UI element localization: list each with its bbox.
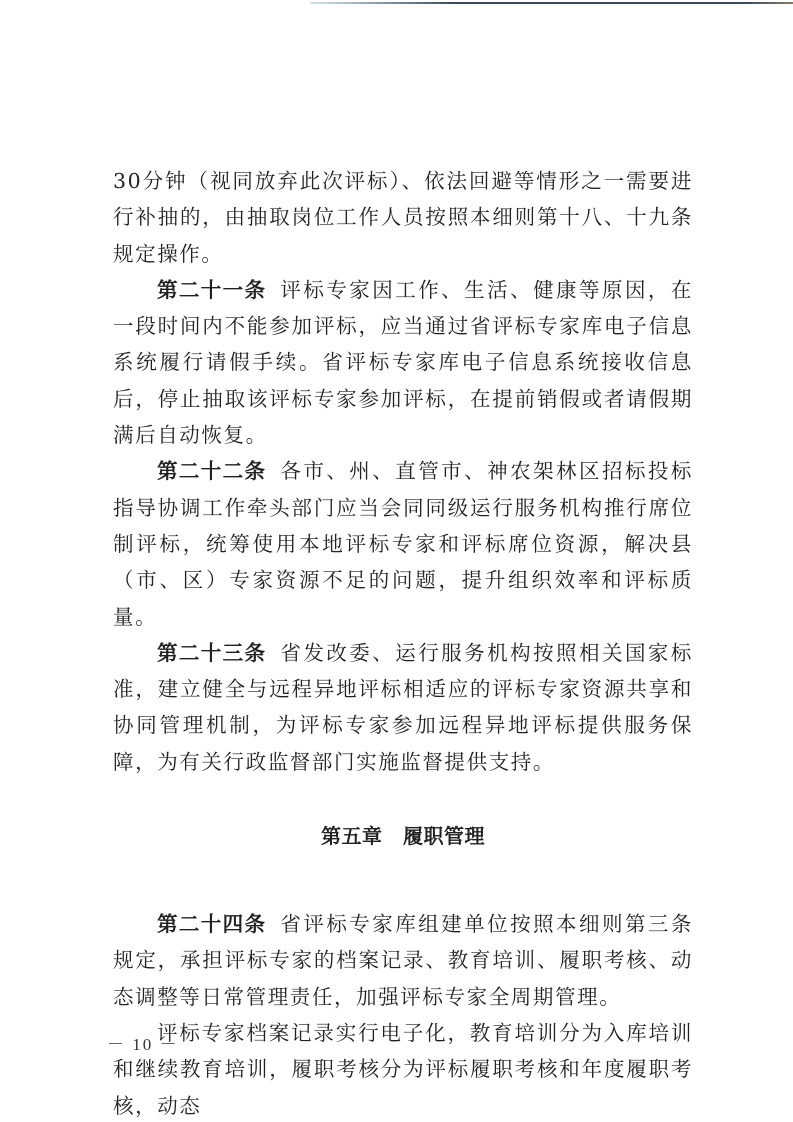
article-21: 第二十一条评标专家因工作、生活、健康等原因，在一段时间内不能参加评标，应当通过省… <box>113 272 693 453</box>
article-number: 第二十二条 <box>157 459 266 483</box>
paragraph-text: 30分钟（视同放弃此次评标）、依法回避等情形之一需要进行补抽的，由抽取岗位工作人… <box>113 169 693 266</box>
article-22: 第二十二条各市、州、直管市、神农架林区招标投标指导协调工作牵头部门应当会同同级运… <box>113 453 693 634</box>
paragraph-text: 评标专家档案记录实行电子化，教育培训分为入库培训和继续教育培训，履职考核分为评标… <box>113 1021 693 1118</box>
article-number: 第二十一条 <box>157 278 266 302</box>
article-text: 各市、州、直管市、神农架林区招标投标指导协调工作牵头部门应当会同同级运行服务机构… <box>113 459 693 628</box>
article-23: 第二十三条省发改委、运行服务机构按照相关国家标准，建立健全与远程异地评标相适应的… <box>113 635 693 780</box>
document-page-body: 30分钟（视同放弃此次评标）、依法回避等情形之一需要进行补抽的，由抽取岗位工作人… <box>113 163 693 1122</box>
scan-top-edge-line <box>310 2 793 4</box>
article-number: 第二十四条 <box>157 912 266 936</box>
section-spacer <box>113 780 693 818</box>
article-text: 评标专家因工作、生活、健康等原因，在一段时间内不能参加评标，应当通过省评标专家库… <box>113 278 693 447</box>
section-spacer <box>113 854 693 906</box>
chapter-heading: 第五章 履职管理 <box>113 818 693 854</box>
article-24: 第二十四条省评标专家库组建单位按照本细则第三条规定，承担评标专家的档案记录、教育… <box>113 906 693 1015</box>
article-number: 第二十三条 <box>157 641 266 665</box>
paragraph-archive-training: 评标专家档案记录实行电子化，教育培训分为入库培训和继续教育培训，履职考核分为评标… <box>113 1015 693 1122</box>
page-number: － 10 － <box>107 1030 179 1055</box>
paragraph-continuation: 30分钟（视同放弃此次评标）、依法回避等情形之一需要进行补抽的，由抽取岗位工作人… <box>113 163 693 272</box>
